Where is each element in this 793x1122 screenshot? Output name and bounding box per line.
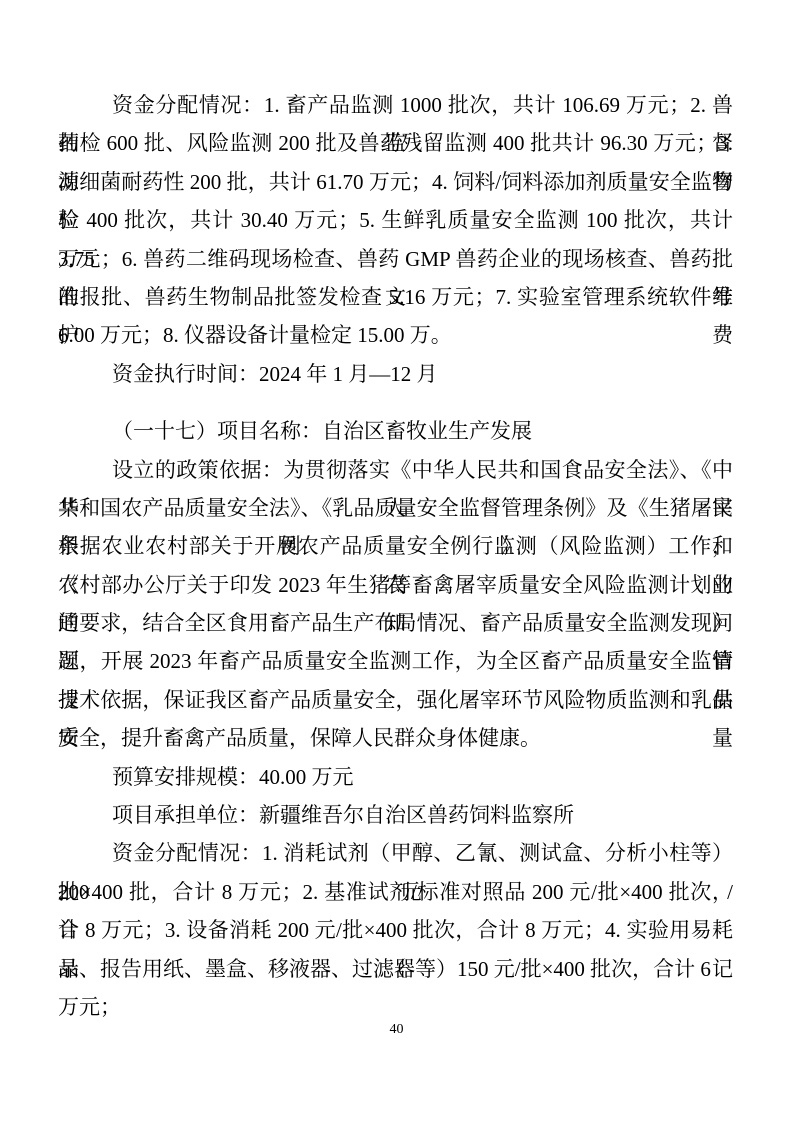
text-line: 计 8 万元；3. 设备消耗 200 元/批×400 批次，合计 8 万元；4.… — [58, 911, 733, 949]
text-line: 资金分配情况：1. 消耗试剂（甲醇、乙氰、测试盒、分析小柱等）200 元/ — [58, 834, 733, 872]
text-line: 批×400 批，合计 8 万元；2. 基准试剂/标准对照品 200 元/批×40… — [58, 873, 733, 911]
text-line: 预算安排规模：40.00 万元 — [58, 758, 733, 796]
blank-line — [58, 393, 733, 412]
text-line: 验 400 批次，共计 30.40 万元；5. 生鲜乳质量安全监测 100 批次… — [58, 201, 733, 239]
text-line: 源细菌耐药性 200 批，共计 61.70 万元；4. 饲料/饲料添加剂质量安全… — [58, 163, 733, 201]
text-line: 抽检 600 批、风险监测 200 批及兽药残留监测 400 批共计 96.30… — [58, 124, 733, 162]
text-line: 万元；6. 兽药二维码现场检查、兽药 GMP 兽药企业的现场核查、兽药批准文号 — [58, 240, 733, 278]
text-line: 资金执行时间：2024 年 1 月—12 月 — [58, 355, 733, 393]
paragraph-fund-execution-time: 资金执行时间：2024 年 1 月—12 月 — [58, 355, 733, 393]
text-line: 项目承担单位：新疆维吾尔自治区兽药饲料监察所 — [58, 796, 733, 834]
text-line: 技术依据，保证我区畜产品质量安全，强化屠宰环节风险物质监测和乳品质量 — [58, 681, 733, 719]
paragraph-fund-allocation-project16: 资金分配情况：1. 畜产品监测 1000 批次，共计 106.69 万元；2. … — [58, 86, 733, 355]
text-line: 共和国农产品质量安全法》、《乳品质量安全监督管理条例》及《生猪屠宰条例》， — [58, 489, 733, 527]
text-line: 农村部办公厅关于印发 2023 年生猪等畜禽屠宰质量安全风险监测计划的通知》 — [58, 566, 733, 604]
paragraph-budget-scale: 预算安排规模：40.00 万元 — [58, 758, 733, 796]
text-line: 的报批、兽药生物制品批签发检查 5.16 万元；7. 实验室管理系统软件维护费 — [58, 278, 733, 316]
text-line: 资金分配情况：1. 畜产品监测 1000 批次，共计 106.69 万元；2. … — [58, 86, 733, 124]
paragraph-fund-allocation-project17: 资金分配情况：1. 消耗试剂（甲醇、乙氰、测试盒、分析小柱等）200 元/ 批×… — [58, 834, 733, 988]
text-line: （一十七）项目名称：自治区畜牧业生产发展 — [58, 412, 733, 450]
text-line: 录、报告用纸、墨盒、移液器、过滤器等）150 元/批×400 批次，合计 6 万… — [58, 950, 733, 988]
text-line: 根据农业农村部关于开展农产品质量安全例行监测（风险监测）工作和《农业 — [58, 527, 733, 565]
text-line: 况，开展 2023 年畜产品质量安全监测工作，为全区畜产品质量安全监管提供 — [58, 642, 733, 680]
page-number: 40 — [0, 1020, 793, 1040]
text-line: 设立的政策依据：为贯彻落实《中华人民共和国食品安全法》、《中华人民 — [58, 451, 733, 489]
paragraph-undertaking-unit: 项目承担单位：新疆维吾尔自治区兽药饲料监察所 — [58, 796, 733, 834]
document-page: 资金分配情况：1. 畜产品监测 1000 批次，共计 106.69 万元；2. … — [0, 0, 793, 1122]
paragraph-policy-basis: 设立的政策依据：为贯彻落实《中华人民共和国食品安全法》、《中华人民 共和国农产品… — [58, 451, 733, 758]
document-body: 资金分配情况：1. 畜产品监测 1000 批次，共计 106.69 万元；2. … — [58, 86, 733, 988]
paragraph-project17-title: （一十七）项目名称：自治区畜牧业生产发展 — [58, 412, 733, 450]
text-line: 的要求，结合全区食用畜产品生产布局情况、畜产品质量安全监测发现问题情 — [58, 604, 733, 642]
